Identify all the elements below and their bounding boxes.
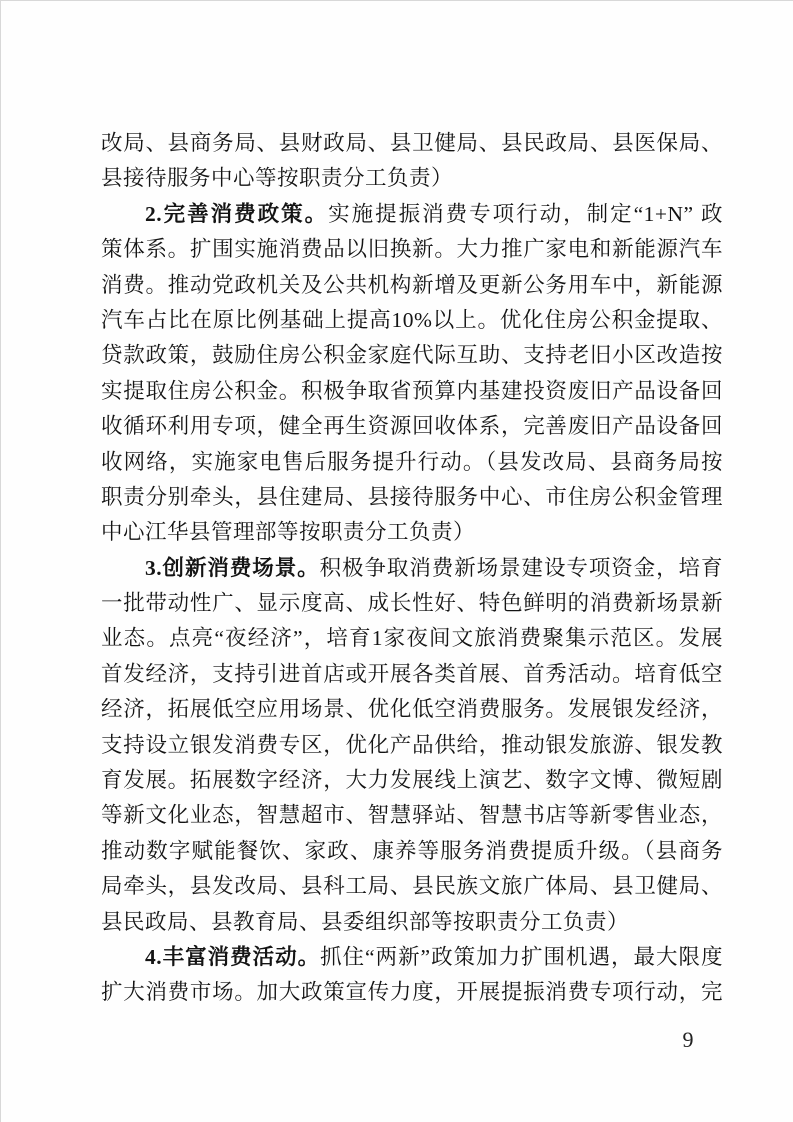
paragraph-heading: 2.完善消费政策。 — [145, 202, 328, 226]
text-line: 推动数字赋能餐饮、家政、康养等服务消费提质升级。（县商务 — [101, 834, 723, 869]
paragraph-heading: 3.创新消费场景。 — [145, 556, 320, 580]
text-line: 业态。点亮“夜经济”，培育1家夜间文旅消费聚集示范区。发展 — [101, 621, 723, 656]
document-body: 改局、县商务局、县财政局、县卫健局、县民政局、县医保局、县接待服务中心等按职责分… — [101, 126, 723, 1011]
text-line: 消费。推动党政机关及公共机构新增及更新公务用车中，新能源 — [101, 268, 723, 303]
text-line: 局牵头，县发改局、县科工局、县民族文旅广体局、县卫健局、 — [101, 869, 723, 904]
text-line: 中心江华县管理部等按职责分工负责） — [101, 515, 723, 550]
text-line: 改局、县商务局、县财政局、县卫健局、县民政局、县医保局、 — [101, 126, 723, 161]
text-line: 2.完善消费政策。实施提振消费专项行动，制定“1+N” 政 — [101, 197, 723, 232]
text-line: 县民政局、县教育局、县委组织部等按职责分工负责） — [101, 905, 723, 940]
text-line: 收循环利用专项，健全再生资源回收体系，完善废旧产品设备回 — [101, 409, 723, 444]
page-number: 9 — [673, 1026, 703, 1054]
text-line: 贷款政策，鼓励住房公积金家庭代际互助、支持老旧小区改造按 — [101, 338, 723, 373]
text-line: 汽车占比在原比例基础上提高10%以上。优化住房公积金提取、 — [101, 303, 723, 338]
text-line: 一批带动性广、显示度高、成长性好、特色鲜明的消费新场景新 — [101, 586, 723, 621]
text-line: 县接待服务中心等按职责分工负责） — [101, 161, 723, 196]
text-line: 3.创新消费场景。积极争取消费新场景建设专项资金，培育 — [101, 551, 723, 586]
text-line: 等新文化业态，智慧超市、智慧驿站、智慧书店等新零售业态， — [101, 798, 723, 833]
text-line: 扩大消费市场。加大政策宣传力度，开展提振消费专项行动，完 — [101, 975, 723, 1010]
text-line: 实提取住房公积金。积极争取省预算内基建投资废旧产品设备回 — [101, 374, 723, 409]
text-line: 4.丰富消费活动。抓住“两新”政策加力扩围机遇，最大限度 — [101, 940, 723, 975]
paragraph-heading: 4.丰富消费活动。 — [145, 945, 320, 969]
text-line: 首发经济，支持引进首店或开展各类首展、首秀活动。培育低空 — [101, 657, 723, 692]
text-line: 收网络，实施家电售后服务提升行动。（县发改局、县商务局按 — [101, 445, 723, 480]
text-line: 职责分别牵头，县住建局、县接待服务中心、市住房公积金管理 — [101, 480, 723, 515]
document-page: 改局、县商务局、县财政局、县卫健局、县民政局、县医保局、县接待服务中心等按职责分… — [0, 0, 793, 1122]
text-line: 经济，拓展低空应用场景、优化低空消费服务。发展银发经济， — [101, 692, 723, 727]
text-line: 支持设立银发消费专区，优化产品供给，推动银发旅游、银发教 — [101, 728, 723, 763]
text-line: 育发展。拓展数字经济，大力发展线上演艺、数字文博、微短剧 — [101, 763, 723, 798]
text-line: 策体系。扩围实施消费品以旧换新。大力推广家电和新能源汽车 — [101, 232, 723, 267]
